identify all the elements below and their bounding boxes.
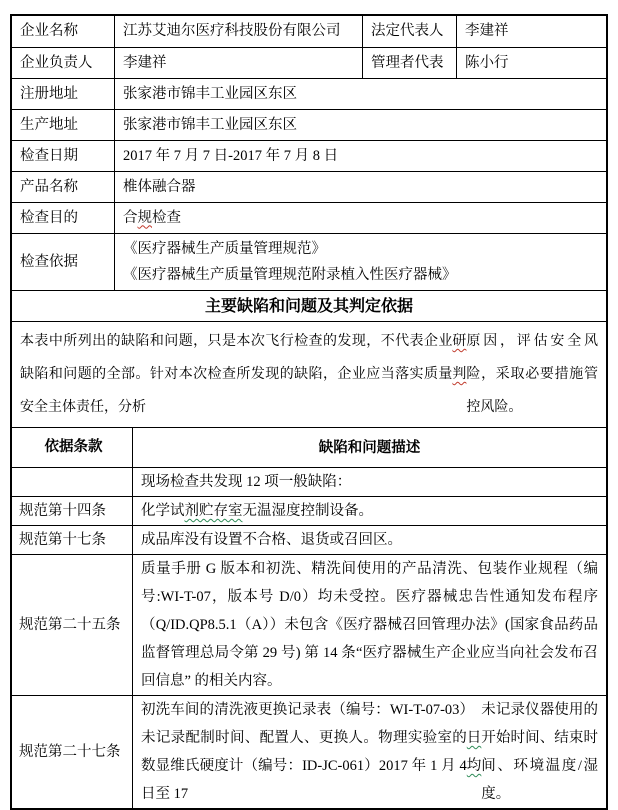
section-title: 主要缺陷和问题及其判定依据 — [12, 291, 606, 321]
company-name-value: 江苏艾迪尔医疗科技股份有限公司 — [114, 16, 362, 47]
company-name-label: 企业名称 — [12, 16, 114, 47]
description-cell: 成品库没有设置不合格、退货或召回区。 — [132, 526, 606, 554]
defects-header-row: 依据条款 缺陷和问题描述 — [12, 427, 606, 467]
product-name-value: 椎体融合器 — [114, 172, 606, 202]
registered-address-label: 注册地址 — [12, 79, 114, 109]
basis-line-2: 《医疗器械生产质量管理规范附录植入性医疗器械》 — [123, 262, 457, 288]
inspection-basis-value: 《医疗器械生产质量管理规范》 《医疗器械生产质量管理规范附录植入性医疗器械》 — [114, 234, 606, 290]
product-name-label: 产品名称 — [12, 172, 114, 202]
inspection-date-value: 2017 年 7 月 7 日-2017 年 7 月 8 日 — [114, 141, 606, 171]
table-row: 本表中所列出的缺陷和问题，只是本次飞行检查的发现，不代表企业缺陷和问题的全部。针… — [12, 321, 606, 427]
defect-row: 规范第十四条 化学试剂贮存室无温湿度控制设备。 — [12, 496, 606, 525]
management-rep-label: 管理者代表 — [362, 48, 456, 78]
description-cell: 质量手册 G 版本和初洗、精洗间使用的产品清洗、包装作业规程（编号:WI-T-0… — [132, 555, 606, 695]
defect-row: 规范第二十七条 初洗车间的清洗液更换记录表（编号：WI-T-07-03）未记录配… — [12, 695, 606, 750]
table-row: 企业名称 江苏艾迪尔医疗科技股份有限公司 法定代表人 李建祥 — [12, 16, 606, 47]
clause-cell: 规范第二十五条 — [12, 555, 132, 695]
table-row: 企业负责人 李建祥 管理者代表 陈小行 — [12, 47, 606, 78]
registered-address-value: 张家港市锦丰工业园区东区 — [114, 79, 606, 109]
defect-row: 规范第十七条 成品库没有设置不合格、退货或召回区。 — [12, 525, 606, 554]
basis-line-1: 《医疗器械生产质量管理规范》 — [123, 236, 457, 262]
clause-cell — [12, 468, 132, 496]
inspection-document-table: 企业名称 江苏艾迪尔医疗科技股份有限公司 法定代表人 李建祥 企业负责人 李建祥… — [10, 14, 608, 750]
production-address-label: 生产地址 — [12, 110, 114, 140]
clause-cell: 规范第十七条 — [12, 526, 132, 554]
inspection-purpose-label: 检查目的 — [12, 203, 114, 233]
company-head-label: 企业负责人 — [12, 48, 114, 78]
inspection-basis-label: 检查依据 — [12, 234, 114, 290]
production-address-value: 张家港市锦丰工业园区东区 — [114, 110, 606, 140]
legal-rep-label: 法定代表人 — [362, 16, 456, 47]
company-head-value: 李建祥 — [114, 48, 362, 78]
inspection-purpose-value: 合规检查 — [114, 203, 606, 233]
table-row: 主要缺陷和问题及其判定依据 — [12, 290, 606, 321]
description-cell: 化学试剂贮存室无温湿度控制设备。 — [132, 497, 606, 525]
disclaimer-text: 本表中所列出的缺陷和问题，只是本次飞行检查的发现，不代表企业缺陷和问题的全部。针… — [12, 322, 606, 427]
inspection-date-label: 检查日期 — [12, 141, 114, 171]
defect-intro-row: 现场检查共发现 12 项一般缺陷： — [12, 467, 606, 496]
management-rep-value: 陈小行 — [456, 48, 606, 78]
clause-cell: 规范第十四条 — [12, 497, 132, 525]
table-row: 生产地址 张家港市锦丰工业园区东区 — [12, 109, 606, 140]
table-row: 检查日期 2017 年 7 月 7 日-2017 年 7 月 8 日 — [12, 140, 606, 171]
legal-rep-value: 李建祥 — [456, 16, 606, 47]
table-row: 产品名称 椎体融合器 — [12, 171, 606, 202]
table-row: 检查目的 合规检查 — [12, 202, 606, 233]
description-column-header: 缺陷和问题描述 — [132, 428, 606, 467]
clause-cell: 规范第二十七条 — [12, 696, 132, 750]
table-row: 检查依据 《医疗器械生产质量管理规范》 《医疗器械生产质量管理规范附录植入性医疗… — [12, 233, 606, 290]
defect-row: 规范第二十五条 质量手册 G 版本和初洗、精洗间使用的产品清洗、包装作业规程（编… — [12, 554, 606, 695]
description-cell: 现场检查共发现 12 项一般缺陷： — [132, 468, 606, 496]
description-cell: 初洗车间的清洗液更换记录表（编号：WI-T-07-03）未记录配制时间、配置人、… — [132, 696, 606, 750]
clause-column-header: 依据条款 — [12, 428, 132, 467]
table-row: 注册地址 张家港市锦丰工业园区东区 — [12, 78, 606, 109]
